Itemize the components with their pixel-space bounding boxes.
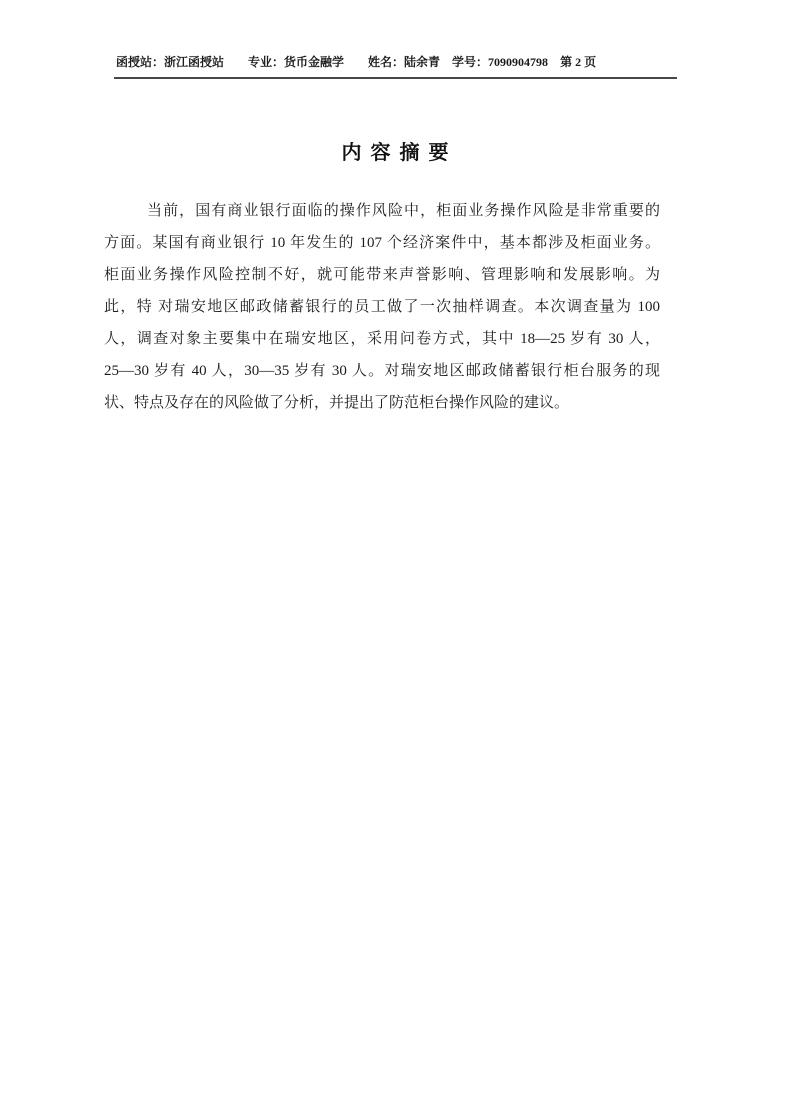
header-field-page-number: 第 2 页 <box>560 53 596 71</box>
header-field-student-id: 学号：7090904798 <box>452 53 548 71</box>
header-field-name: 姓名：陆余青 <box>368 53 440 71</box>
page-title: 内 容 摘 要 <box>0 141 792 165</box>
header-field-correspondence-station: 函授站：浙江函授站 <box>116 53 224 71</box>
paragraph-line: 柜面业务操作风险控制不好，就可能带来声誉影响、管理影响和发展影响。为 <box>104 259 660 291</box>
header-divider-rule <box>114 77 677 79</box>
header-field-major: 专业：货币金融学 <box>248 53 344 71</box>
paragraph-line: 当前，国有商业银行面临的操作风险中，柜面业务操作风险是非常重要的 <box>104 195 660 227</box>
paragraph-line: 方面。某国有商业银行 10 年发生的 107 个经济案件中，基本都涉及柜面业务。 <box>104 227 660 259</box>
paragraph-line: 25—30 岁有 40 人，30—35 岁有 30 人。对瑞安地区邮政储蓄银行柜… <box>104 355 660 387</box>
paragraph-line: 人，调查对象主要集中在瑞安地区，采用问卷方式，其中 18—25 岁有 30 人， <box>104 323 660 355</box>
page-header: 函授站：浙江函授站 专业：货币金融学 姓名：陆余青 学号：7090904798 … <box>116 53 676 71</box>
paragraph-line: 状、特点及存在的风险做了分析，并提出了防范柜台操作风险的建议。 <box>104 387 660 419</box>
document-page: 函授站：浙江函授站 专业：货币金融学 姓名：陆余青 学号：7090904798 … <box>0 0 792 1120</box>
paragraph-line: 此，特 对瑞安地区邮政储蓄银行的员工做了一次抽样调查。本次调查量为 100 <box>104 291 660 323</box>
abstract-paragraph: 当前，国有商业银行面临的操作风险中，柜面业务操作风险是非常重要的 方面。某国有商… <box>104 195 660 419</box>
